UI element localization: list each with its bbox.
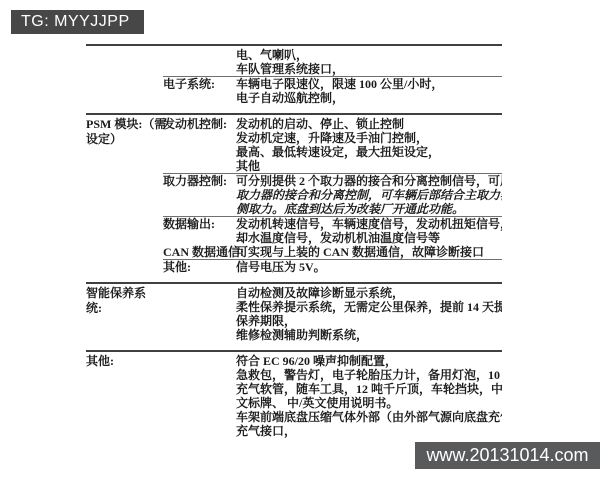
row-label: 取力器控制:: [163, 174, 236, 216]
value-line: 符合 EC 96/20 噪声抑制配置，: [236, 354, 502, 368]
row-value: 信号电压为 5V。: [236, 260, 502, 274]
value-line: 保养期限，: [236, 314, 502, 328]
spec-row: 电子系统:车辆电子限速仪，限速 100 公里/小时，电子自动巡航控制，: [163, 76, 502, 105]
section-title-line: 智能保养系: [86, 286, 163, 301]
row-value: 自动检测及故障诊断显示系统，柔性保养提示系统，无需定公里保养，提前 14 天提示…: [236, 286, 502, 342]
value-line: 最高、最低转速设定，最大扭矩设定，: [236, 145, 502, 159]
section-body: 电、气喇叭，车队管理系统接口，电子系统:车辆电子限速仪，限速 100 公里/小时…: [163, 48, 502, 105]
row-label: 电子系统:: [163, 77, 236, 105]
section-title-line: 统:: [86, 301, 163, 316]
value-line: 发动机定速，升降速及手油门控制，: [236, 131, 502, 145]
section-title: 其他:: [86, 354, 163, 438]
section-body: 自动检测及故障诊断显示系统，柔性保养提示系统，无需定公里保养，提前 14 天提示…: [163, 286, 502, 342]
value-line: 取力器的接合和分离控制，可车辆后部结合主取力器及: [236, 188, 502, 202]
value-line: 车辆电子限速仪，限速 100 公里/小时，: [236, 77, 502, 91]
section-body: 符合 EC 96/20 噪声抑制配置，急救包，警告灯，电子轮胎压力计，备用灯泡，…: [163, 354, 502, 438]
watermark-badge: www.20131014.com: [415, 442, 600, 469]
watermark-url-label: www.20131014.com: [426, 445, 588, 465]
row-label: CAN 数据通信:: [163, 245, 236, 259]
row-label: 其他:: [163, 260, 236, 274]
row-label: 数据输出:: [163, 217, 236, 245]
value-line: 电子自动巡航控制，: [236, 91, 502, 105]
value-line: 发动机转速信号，车辆速度信号，发动机扭矩信号，冷: [236, 217, 502, 231]
spec-section: 其他:符合 EC 96/20 噪声抑制配置，急救包，警告灯，电子轮胎压力计，备用…: [86, 350, 502, 438]
value-line: 可分别提供 2 个取力器的接合和分离控制信号，可用于: [236, 174, 502, 188]
spec-row: 自动检测及故障诊断显示系统，柔性保养提示系统，无需定公里保养，提前 14 天提示…: [163, 286, 502, 342]
spec-section: 电、气喇叭，车队管理系统接口，电子系统:车辆电子限速仪，限速 100 公里/小时…: [86, 44, 502, 113]
section-title: [86, 48, 163, 105]
section-title: PSM 模块:（需设定）: [86, 117, 163, 274]
spec-row: 取力器控制:可分别提供 2 个取力器的接合和分离控制信号，可用于取力器的接合和分…: [163, 173, 502, 216]
value-line: 柔性保养提示系统，无需定公里保养，提前 14 天提示: [236, 300, 502, 314]
spec-section: PSM 模块:（需设定）发动机控制:发动机的启动、停止、锁止控制发动机定速，升降…: [86, 113, 502, 282]
section-body: 发动机控制:发动机的启动、停止、锁止控制发动机定速，升降速及手油门控制，最高、最…: [163, 117, 502, 274]
row-label: 发动机控制:: [163, 117, 236, 173]
spec-row: CAN 数据通信:可实现与上装的 CAN 数据通信，故障诊断接口: [163, 245, 502, 259]
row-value: 可实现与上装的 CAN 数据通信，故障诊断接口: [236, 245, 502, 259]
value-line: 充气接口，: [236, 424, 502, 438]
value-line: 可实现与上装的 CAN 数据通信，故障诊断接口: [236, 245, 502, 259]
row-label: [163, 48, 236, 76]
value-line: 车队管理系统接口，: [236, 62, 502, 76]
section-title-line: 其他:: [86, 354, 163, 369]
spec-section: 智能保养系统:自动检测及故障诊断显示系统，柔性保养提示系统，无需定公里保养，提前…: [86, 282, 502, 350]
spec-row: 其他:信号电压为 5V。: [163, 259, 502, 274]
row-label: [163, 354, 236, 438]
row-value: 发动机的启动、停止、锁止控制发动机定速，升降速及手油门控制，最高、最低转速设定，…: [236, 117, 502, 173]
section-title-line: 设定）: [86, 132, 163, 147]
value-line: 信号电压为 5V。: [236, 260, 502, 274]
value-line: 车架前端底盘压缩气体外部（由外部气源向底盘充气）: [236, 410, 502, 424]
value-line: 文标牌、 中/英文使用说明书。: [236, 396, 502, 410]
row-value: 车辆电子限速仪，限速 100 公里/小时，电子自动巡航控制，: [236, 77, 502, 105]
value-line: 自动检测及故障诊断显示系统，: [236, 286, 502, 300]
tag-header-label: TG: MYYJJPP: [21, 13, 130, 30]
section-title: 智能保养系统:: [86, 286, 163, 342]
spec-row: 电、气喇叭，车队管理系统接口，: [163, 48, 502, 76]
value-line: 却水温度信号，发动机机油温度信号等: [236, 231, 502, 245]
spec-row: 符合 EC 96/20 噪声抑制配置，急救包，警告灯，电子轮胎压力计，备用灯泡，…: [163, 354, 502, 438]
document-page: TG: MYYJJPP 电、气喇叭，车队管理系统接口，电子系统:车辆电子限速仪，…: [0, 0, 600, 480]
spec-row: 数据输出:发动机转速信号，车辆速度信号，发动机扭矩信号，冷却水温度信号，发动机机…: [163, 216, 502, 245]
tag-header-badge: TG: MYYJJPP: [11, 10, 144, 34]
value-line: 侧取力。底盘到达后为改装厂开通此功能。: [236, 202, 502, 216]
section-title-line: PSM 模块:（需: [86, 117, 163, 132]
value-line: 发动机的启动、停止、锁止控制: [236, 117, 502, 131]
row-value: 电、气喇叭，车队管理系统接口，: [236, 48, 502, 76]
value-line: 急救包，警告灯，电子轮胎压力计，备用灯泡，10 米: [236, 368, 502, 382]
row-value: 发动机转速信号，车辆速度信号，发动机扭矩信号，冷却水温度信号，发动机机油温度信号…: [236, 217, 502, 245]
value-line: 电、气喇叭，: [236, 48, 502, 62]
spec-table: 电、气喇叭，车队管理系统接口，电子系统:车辆电子限速仪，限速 100 公里/小时…: [86, 44, 502, 438]
row-value: 可分别提供 2 个取力器的接合和分离控制信号，可用于取力器的接合和分离控制，可车…: [236, 174, 502, 216]
row-label: [163, 286, 236, 342]
row-value: 符合 EC 96/20 噪声抑制配置，急救包，警告灯，电子轮胎压力计，备用灯泡，…: [236, 354, 502, 438]
value-line: 充气软管，随车工具，12 吨千斤顶，车轮挡块，中/英: [236, 382, 502, 396]
spec-row: 发动机控制:发动机的启动、停止、锁止控制发动机定速，升降速及手油门控制，最高、最…: [163, 117, 502, 173]
value-line: 维修检测辅助判断系统，: [236, 328, 502, 342]
value-line: 其他: [236, 159, 502, 173]
